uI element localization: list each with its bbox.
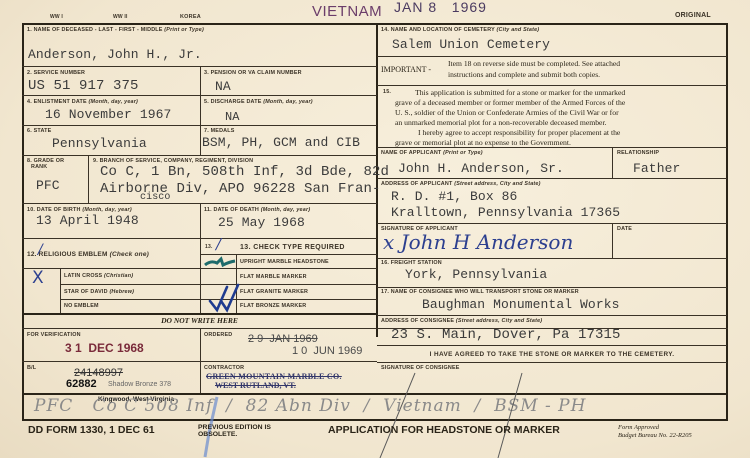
statement-line-4: an unmarked memorial plot for a non-reco… bbox=[395, 118, 607, 127]
contractor-label: CONTRACTOR bbox=[204, 365, 244, 371]
enlistment-date[interactable]: 16 November 1967 bbox=[45, 107, 171, 122]
marker-option-flat-bronze[interactable]: FLAT BRONZE MARKER bbox=[240, 303, 306, 309]
ordered-stamp: 1 0 JUN 1969 bbox=[292, 345, 362, 357]
date-label: DATE bbox=[617, 226, 632, 232]
medals-label: 7. MEDALS bbox=[204, 128, 235, 134]
pencil-strokes bbox=[360, 370, 540, 458]
verification-label: FOR VERIFICATION bbox=[27, 332, 81, 338]
death-date[interactable]: 25 May 1968 bbox=[218, 215, 305, 230]
marker-option-flat-granite[interactable]: FLAT GRANITE MARKER bbox=[240, 289, 308, 295]
statement-number: 15. bbox=[383, 89, 391, 95]
freight-label: 16. FREIGHT STATION bbox=[381, 260, 442, 266]
stamp-vietnam: VIETNAM bbox=[312, 3, 382, 20]
emblem-option-star[interactable]: STAR OF DAVID (Hebrew) bbox=[64, 289, 134, 295]
emblem-check-icon: / bbox=[38, 242, 43, 258]
stamp-received-date: JAN 8 1969 bbox=[394, 0, 487, 15]
form-number: DD FORM 1330, 1 DEC 61 bbox=[28, 424, 155, 436]
freight-station[interactable]: York, Pennsylvania bbox=[405, 267, 547, 282]
name-label: 1. NAME OF DECEASED - LAST - FIRST - MID… bbox=[27, 27, 204, 33]
applicant-address-line-2[interactable]: Kralltown, Pennsylvania 17365 bbox=[391, 205, 620, 220]
grade[interactable]: PFC bbox=[36, 178, 60, 193]
discharge-date[interactable]: NA bbox=[225, 110, 240, 124]
marker-type-label: 13. CHECK TYPE REQUIRED bbox=[240, 244, 345, 251]
important-label: IMPORTANT - bbox=[381, 65, 431, 74]
relationship[interactable]: Father bbox=[633, 161, 680, 176]
applicant-address-line-1[interactable]: R. D. #1, Box 86 bbox=[391, 189, 517, 204]
emblem-option-cross[interactable]: LATIN CROSS (Christian) bbox=[64, 273, 133, 279]
marker-option-upright[interactable]: UPRIGHT MARBLE HEADSTONE bbox=[240, 259, 329, 265]
important-line-1: Item 18 on reverse side must be complete… bbox=[448, 59, 620, 68]
budget-bureau-number: Budget Bureau No. 22-R205 bbox=[618, 432, 692, 439]
emblem-label: 12. RELIGIOUS EMBLEM (Check one) bbox=[27, 251, 149, 258]
contractor-line-1: GREEN MOUNTAIN MARBLE CO. bbox=[206, 372, 342, 381]
consignee-agreement: I HAVE AGREED TO TAKE THE STONE OR MARKE… bbox=[377, 351, 727, 358]
enlistment-label: 4. ENLISTMENT DATE (Month, day, year) bbox=[27, 99, 138, 105]
applicant-address-label: ADDRESS OF APPLICANT (Street address, Ci… bbox=[381, 181, 541, 187]
cemetery[interactable]: Salem Union Cemetery bbox=[392, 37, 550, 52]
consignee-label: 17. NAME OF CONSIGNEE WHO WILL TRANSPORT… bbox=[381, 289, 579, 295]
branch-line-1[interactable]: Co C, 1 Bn, 508th Inf, 3d Bde, 82d bbox=[100, 164, 389, 180]
verification-stamp: 3 1 DEC 1968 bbox=[65, 341, 144, 355]
era-korea: KOREA bbox=[180, 14, 201, 20]
state-label: 6. STATE bbox=[27, 128, 51, 134]
ordered-stamp-struck: 2 9 JAN 1969 bbox=[248, 333, 318, 345]
era-ww1: WW I bbox=[50, 14, 63, 20]
statement-line-6: grave or memorial plot at no expense to … bbox=[395, 138, 571, 147]
marker-check-icon: / bbox=[216, 235, 221, 253]
contractor-line-2: WEST RUTLAND, VT. bbox=[215, 381, 296, 390]
form-title: APPLICATION FOR HEADSTONE OR MARKER bbox=[328, 424, 560, 436]
scribble-mark-icon bbox=[203, 256, 237, 270]
deceased-name[interactable]: Anderson, John H., Jr. bbox=[28, 47, 202, 62]
birth-date[interactable]: 13 April 1948 bbox=[36, 213, 139, 228]
consignee-address-label: ADDRESS OF CONSIGNEE (Street address, Ci… bbox=[381, 318, 542, 324]
marker-option-flat-marble[interactable]: FLAT MARBLE MARKER bbox=[240, 274, 307, 280]
medals[interactable]: BSM, PH, GCM and CIB bbox=[202, 135, 360, 150]
discharge-label: 5. DISCHARGE DATE (Month, day, year) bbox=[204, 99, 313, 105]
double-check-mark-icon bbox=[207, 283, 241, 313]
service-number-label: 2. SERVICE NUMBER bbox=[27, 70, 85, 76]
bl-label: B/L bbox=[27, 365, 36, 371]
emblem-option-none[interactable]: NO EMBLEM bbox=[64, 303, 99, 309]
do-not-write-header: DO NOT WRITE HERE bbox=[22, 316, 377, 325]
statement-line-3: U. S., soldier of the Union or Confedera… bbox=[395, 108, 619, 117]
consignee-address[interactable]: 23 S. Main, Dover, Pa 17315 bbox=[391, 327, 621, 343]
era-ww2: WW II bbox=[113, 14, 128, 20]
statement-line-1: This application is submitted for a ston… bbox=[415, 88, 625, 97]
grade-label-2: RANK bbox=[31, 164, 47, 170]
previous-edition-note: PREVIOUS EDITION IS OBSOLETE. bbox=[198, 424, 288, 438]
pension-label: 3. PENSION OR VA CLAIM NUMBER bbox=[204, 70, 302, 76]
marker-type-number: 13. bbox=[205, 244, 213, 250]
cemetery-label: 14. NAME AND LOCATION OF CEMETERY (City … bbox=[381, 27, 539, 33]
cross-mark-icon[interactable]: X bbox=[32, 268, 44, 288]
applicant-name[interactable]: John H. Anderson, Sr. bbox=[398, 161, 564, 176]
ordered-label: ORDERED bbox=[204, 332, 232, 338]
statement-line-2: grave of a deceased member or former mem… bbox=[395, 98, 625, 107]
important-line-2: instructions and complete and submit bot… bbox=[448, 70, 600, 79]
death-label: 11. DATE OF DEATH (Month, day, year) bbox=[204, 207, 310, 213]
pension-number[interactable]: NA bbox=[215, 79, 231, 94]
relationship-label: RELATIONSHIP bbox=[617, 150, 659, 156]
bl-supplier: Shadow Bronze 378 bbox=[108, 381, 171, 388]
applicant-signature[interactable]: x John H Anderson bbox=[383, 230, 573, 254]
service-number[interactable]: US 51 917 375 bbox=[28, 78, 139, 94]
branch-line-3[interactable]: cisco bbox=[140, 193, 171, 203]
form-approved: Form Approved bbox=[618, 424, 659, 431]
consignee-name[interactable]: Baughman Monumental Works bbox=[422, 297, 620, 312]
bl-number: 62882 bbox=[66, 378, 97, 390]
state[interactable]: Pennsylvania bbox=[52, 136, 147, 151]
statement-line-5: I hereby agree to accept responsibility … bbox=[418, 128, 620, 137]
copy-label: ORIGINAL bbox=[675, 12, 711, 19]
applicant-label: NAME OF APPLICANT (Print or Type) bbox=[381, 150, 483, 156]
